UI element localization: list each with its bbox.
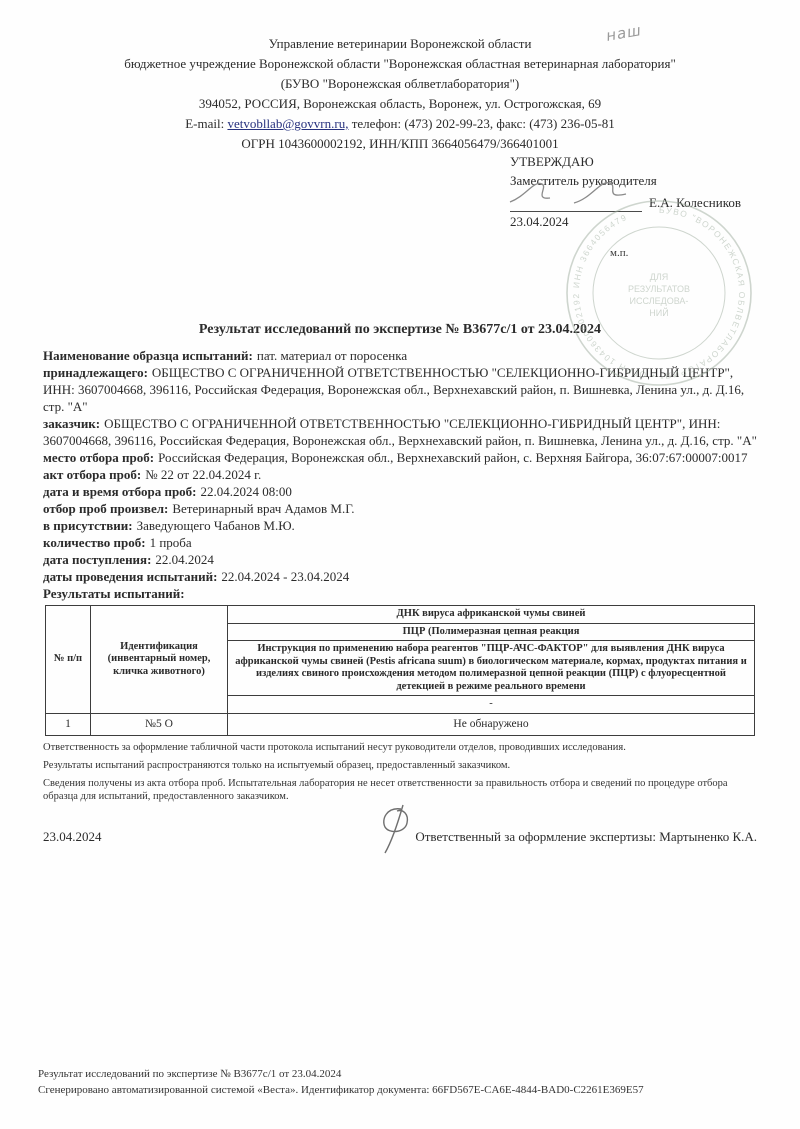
letterhead: Управление ветеринарии Воронежской облас… (0, 0, 800, 154)
field-value: 22.04.2024 - 23.04.2024 (221, 569, 349, 584)
stamp-center-line2: РЕЗУЛЬТАТОВ (628, 284, 690, 294)
email-label: E-mail: (185, 116, 224, 131)
results-table: № п/п Идентификация (инвентарный номер, … (45, 605, 755, 736)
field-value: Ветеринарный врач Адамов М.Г. (172, 501, 354, 516)
field-label: дата и время отбора проб: (43, 484, 197, 499)
phone-fax: телефон: (473) 202-99-23, факс: (473) 23… (352, 116, 615, 131)
field-label: Результаты испытаний: (43, 586, 185, 601)
field-label: акт отбора проб: (43, 467, 141, 482)
signoff-date: 23.04.2024 (43, 829, 102, 845)
approver-name: Е.А. Колесников (649, 193, 741, 212)
letterhead-line-shortname: (БУВО "Воронежская облветлаборатория") (0, 74, 800, 94)
stamp-place-label: м.п. (610, 247, 628, 259)
field-label: отбор проб произвел: (43, 501, 168, 516)
field-label: место отбора проб: (43, 450, 154, 465)
field-receipt-date: дата поступления:22.04.2024 (43, 551, 757, 568)
field-value: 22.04.2024 (155, 552, 214, 567)
field-sampled-by: отбор проб произвел:Ветеринарный врач Ад… (43, 500, 757, 517)
page-footer: Результат исследований по экспертизе № В… (38, 1066, 644, 1098)
page-title: Результат исследований по экспертизе № В… (45, 320, 755, 340)
stamp-center-line3: ИССЛЕДОВА- (630, 296, 689, 306)
field-sampling-act: акт отбора проб:№ 22 от 22.04.2024 г. (43, 466, 757, 483)
field-sampling-datetime: дата и время отбора проб:22.04.2024 08:0… (43, 483, 757, 500)
field-label: заказчик: (43, 416, 100, 431)
footer-expertise-ref: Результат исследований по экспертизе № В… (38, 1066, 644, 1082)
field-owner: принадлежащего:ОБЩЕСТВО С ОГРАНИЧЕННОЙ О… (43, 364, 757, 415)
approval-date: 23.04.2024 (510, 212, 760, 231)
field-sample-name: Наименование образца испытаний:пат. мате… (43, 347, 757, 364)
stamp-center-line1: ДЛЯ (650, 272, 669, 282)
field-sample-count: количество проб:1 проба (43, 534, 757, 551)
field-testing-dates: даты проведения испытаний:22.04.2024 - 2… (43, 568, 757, 585)
field-value: 22.04.2024 08:00 (201, 484, 292, 499)
field-value: ОБЩЕСТВО С ОГРАНИЧЕННОЙ ОТВЕТСТВЕННОСТЬЮ… (43, 365, 744, 414)
field-label: даты проведения испытаний: (43, 569, 217, 584)
field-customer: заказчик:ОБЩЕСТВО С ОГРАНИЧЕННОЙ ОТВЕТСТ… (43, 415, 757, 449)
field-value: пат. материал от поросенка (257, 348, 407, 363)
cell-result: Не обнаружено (228, 713, 755, 735)
footer-generated-note: Сгенерировано автоматизированной системо… (38, 1082, 644, 1098)
email-link[interactable]: vetvobllab@govvrn.ru, (227, 116, 348, 131)
letterhead-line-contacts: E-mail: vetvobllab@govvrn.ru, телефон: (… (0, 114, 800, 134)
signoff-responsible: Ответственный за оформление экспертизы: … (415, 829, 757, 845)
field-label: принадлежащего: (43, 365, 148, 380)
approval-block: УТВЕРЖДАЮ Заместитель руководителя Е.А. … (510, 152, 760, 231)
footnote: Сведения получены из акта отбора проб. И… (43, 777, 757, 803)
table-subrow: - (228, 696, 755, 714)
field-value: ОБЩЕСТВО С ОГРАНИЧЕННОЙ ОТВЕТСТВЕННОСТЬЮ… (43, 416, 757, 448)
approve-label: УТВЕРЖДАЮ (510, 152, 760, 171)
signoff-text: Ответственный за оформление экспертизы: … (415, 829, 757, 844)
signature-rule (510, 210, 642, 212)
approver-signature-icon (504, 176, 654, 206)
table-row: 1 №5 О Не обнаружено (46, 713, 755, 735)
footnote: Ответственность за оформление табличной … (43, 741, 757, 754)
document-page: наш Управление ветеринарии Воронежской о… (0, 0, 800, 1129)
field-value: 1 проба (150, 535, 192, 550)
responsible-signature-icon (373, 803, 419, 855)
table-header-method-detail: Инструкция по применению набора реагенто… (228, 641, 755, 696)
field-label: количество проб: (43, 535, 146, 550)
field-label: в присутствии: (43, 518, 133, 533)
results-heading: Результаты испытаний: (43, 585, 757, 602)
field-label: дата поступления: (43, 552, 151, 567)
signoff-row: 23.04.2024 Ответственный за оформление э… (43, 829, 757, 845)
cell-sample-id: №5 О (91, 713, 228, 735)
table-header-identification: Идентификация (инвентарный номер, кличка… (91, 606, 228, 714)
field-sampling-place: место отбора проб:Российская Федерация, … (43, 449, 757, 466)
letterhead-line-institution: бюджетное учреждение Воронежской области… (0, 54, 800, 74)
stamp-center-line4: НИЙ (649, 307, 668, 318)
field-label: Наименование образца испытаний: (43, 348, 253, 363)
field-value: № 22 от 22.04.2024 г. (145, 467, 261, 482)
approval-signature-line: Е.А. Колесников (510, 190, 760, 212)
field-witness: в присутствии:Заведующего Чабанов М.Ю. (43, 517, 757, 534)
field-value: Заведующего Чабанов М.Ю. (137, 518, 295, 533)
footnotes: Ответственность за оформление табличной … (43, 741, 757, 803)
footnote: Результаты испытаний распространяются то… (43, 759, 757, 772)
letterhead-line-authority: Управление ветеринарии Воронежской облас… (0, 34, 800, 54)
letterhead-line-address: 394052, РОССИЯ, Воронежская область, Вор… (0, 94, 800, 114)
table-header-number: № п/п (46, 606, 91, 714)
table-header-method: ПЦР (Полимеразная цепная реакция (228, 623, 755, 641)
fields-block: Наименование образца испытаний:пат. мате… (43, 347, 757, 602)
field-value: Российская Федерация, Воронежская обл., … (158, 450, 747, 465)
cell-row-number: 1 (46, 713, 91, 735)
letterhead-line-registration: ОГРН 1043600002192, ИНН/КПП 3664056479/3… (0, 134, 800, 154)
table-header-test: ДНК вируса африканской чумы свиней (228, 606, 755, 624)
